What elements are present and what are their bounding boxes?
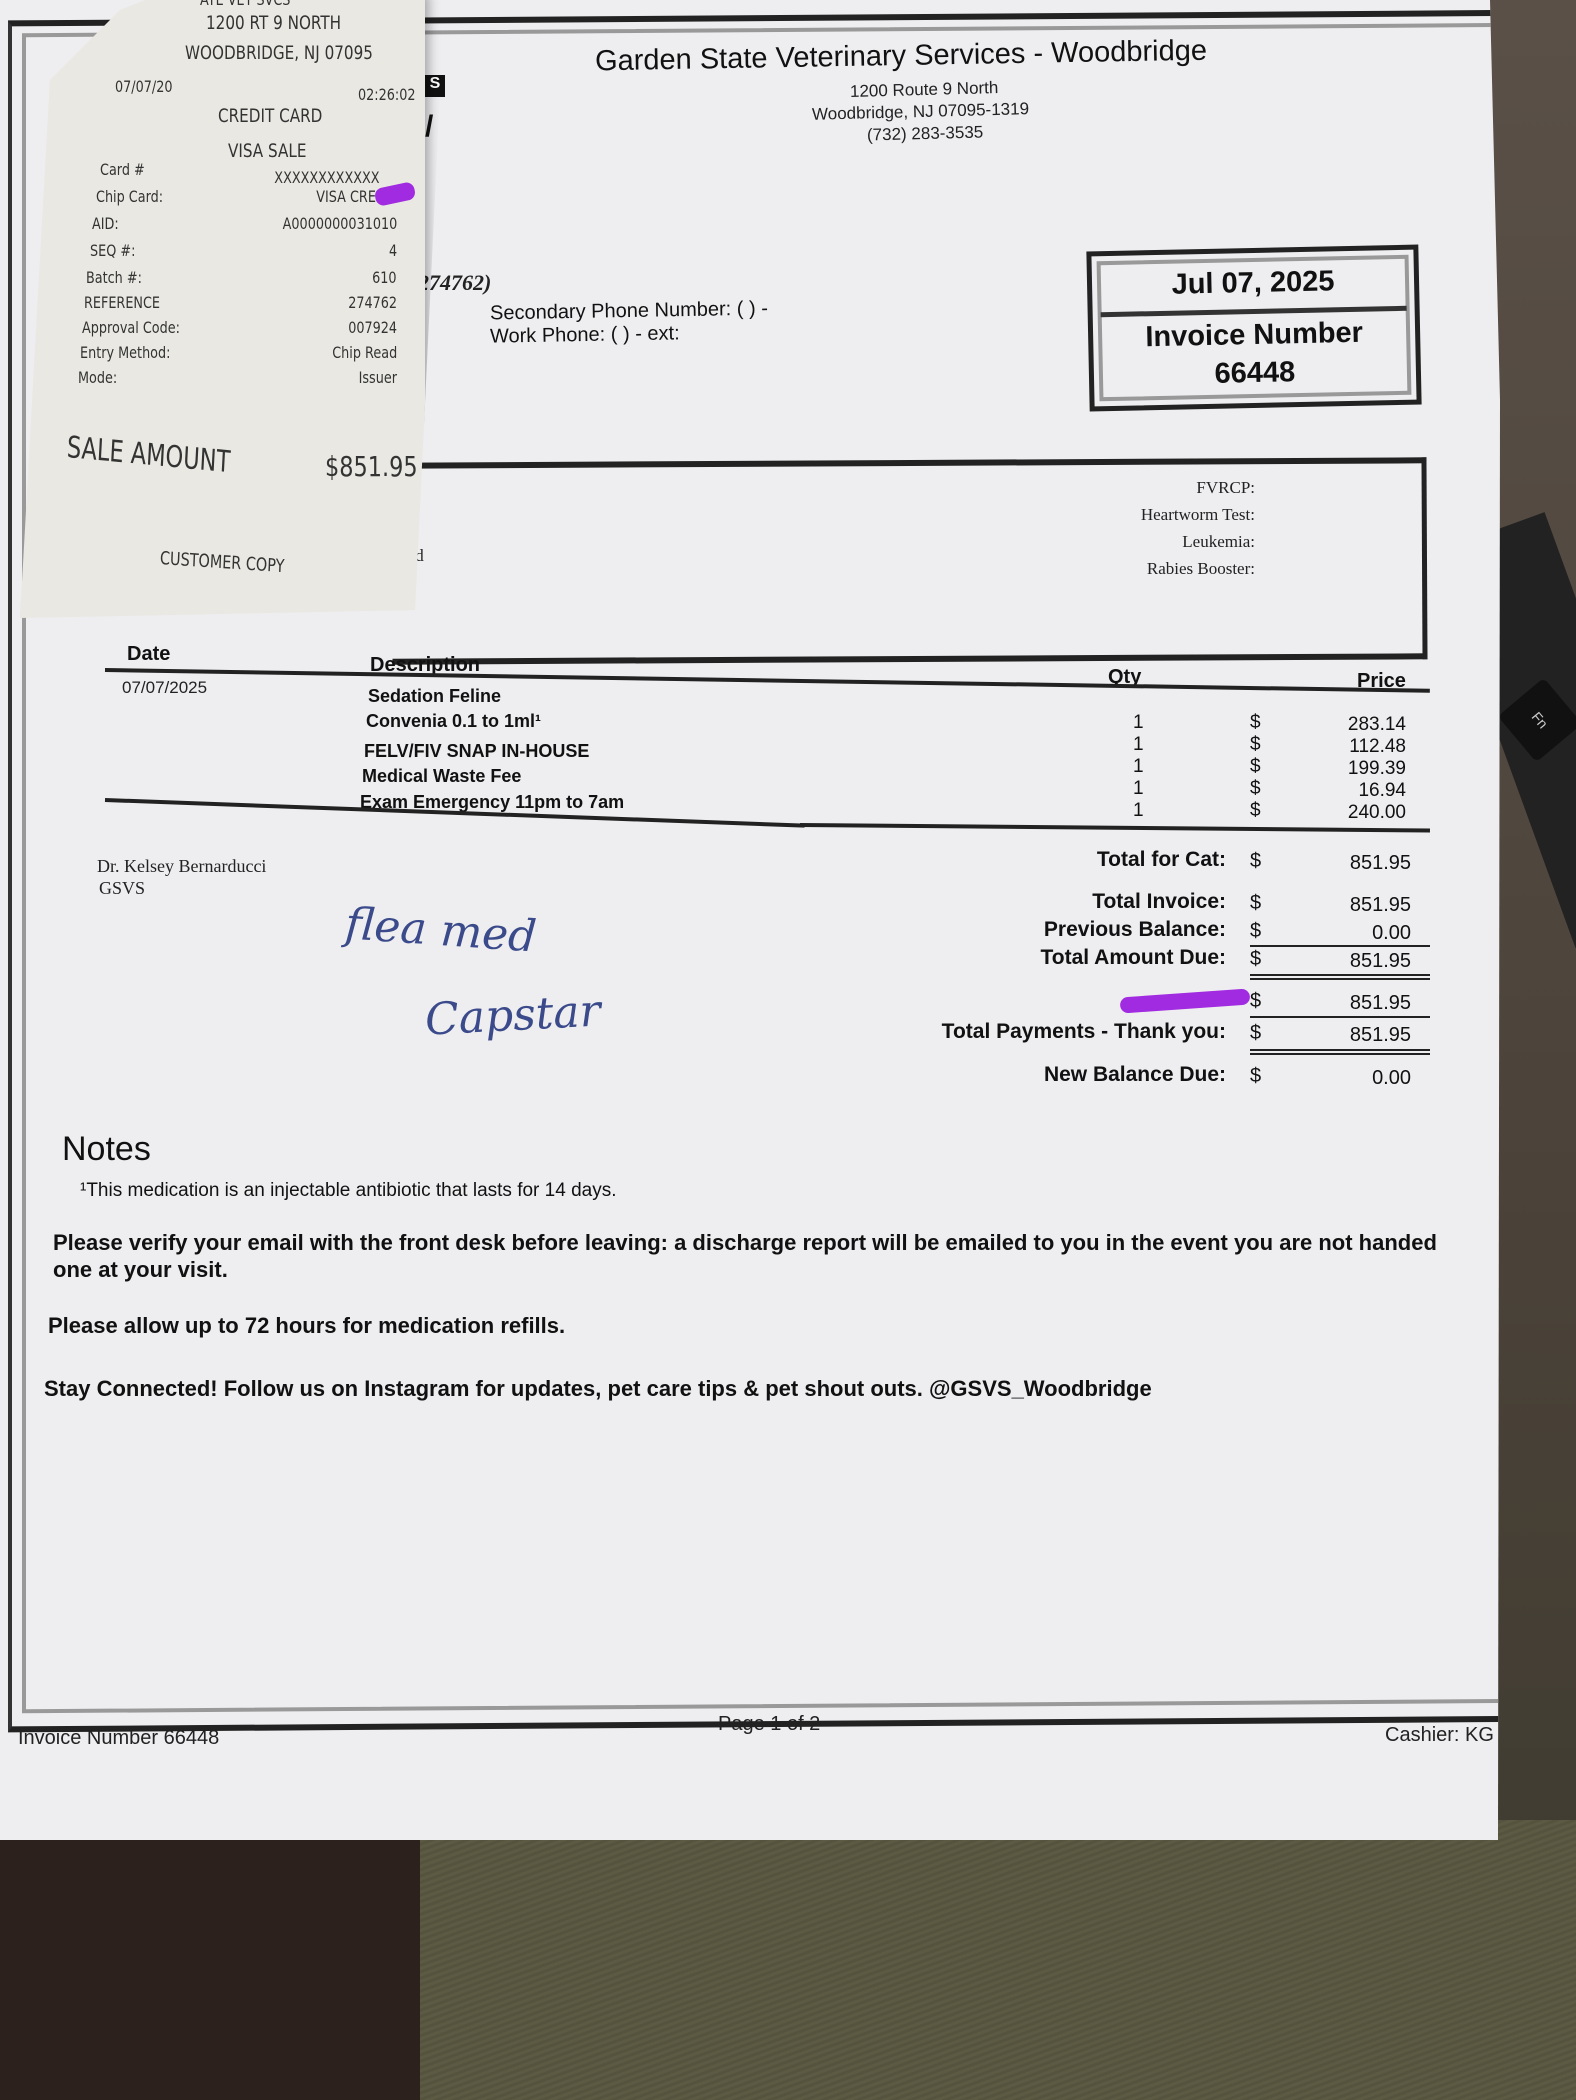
receipt-date: 07/07/20 — [115, 77, 172, 96]
previous-balance-label: Previous Balance: — [1044, 918, 1226, 942]
total-invoice-label: Total Invoice: — [1092, 890, 1226, 914]
payments-rule-2 — [1250, 1053, 1430, 1055]
currency-symbol: $ — [1250, 920, 1261, 943]
receipt-field-label: REFERENCE — [84, 293, 160, 312]
line-item-description: Medical Waste Fee — [362, 766, 521, 787]
receipt-field-value: 610 — [373, 268, 397, 287]
receipt-field-label: Chip Card: — [96, 187, 163, 206]
currency-symbol: $ — [1250, 990, 1261, 1013]
footer-page-number: Page 1 of 2 — [718, 1713, 820, 1736]
receipt-field-value: 4 — [389, 241, 397, 260]
receipt-field-value: Chip Read — [332, 343, 397, 362]
clinic-address-line1: 1200 Route 9 North — [850, 78, 999, 102]
total-rule-1 — [1250, 974, 1430, 976]
line-item-qty: 1 — [1133, 712, 1144, 734]
line-item-currency: $ — [1250, 712, 1261, 734]
line-item-description: Convenia 0.1 to 1ml¹ — [366, 711, 541, 732]
currency-symbol: $ — [1250, 1065, 1261, 1088]
line-item-qty: 1 — [1133, 756, 1144, 778]
new-balance: 0.00 — [1372, 1067, 1411, 1090]
vaccine-reminder-box — [391, 457, 1427, 664]
line-item-price: 240.00 — [1348, 802, 1406, 824]
invoice-date: Jul 07, 2025 — [1092, 264, 1415, 304]
footer-cashier: Cashier: KG — [1385, 1724, 1494, 1747]
total-payments: 851.95 — [1350, 1024, 1411, 1047]
line-item-price: 199.39 — [1348, 758, 1406, 780]
line-item-currency: $ — [1250, 778, 1261, 800]
notes-heading: Notes — [62, 1130, 151, 1169]
receipt-address1: 1200 RT 9 NORTH — [206, 12, 341, 34]
line-item-currency: $ — [1250, 734, 1261, 756]
total-invoice: 851.95 — [1350, 894, 1411, 917]
receipt-field-value: A0000000031010 — [282, 214, 397, 233]
total-due-label: Total Amount Due: — [1041, 946, 1226, 970]
total-rule-2 — [1250, 978, 1430, 980]
line-item-price: 16.94 — [1358, 780, 1406, 802]
receipt-sale-type: VISA SALE — [228, 140, 306, 162]
receipt-address2: WOODBRIDGE, NJ 07095 — [185, 42, 373, 64]
line-item-description: Sedation Feline — [368, 686, 501, 707]
total-due: 851.95 — [1350, 950, 1411, 973]
payments-rule-1 — [1250, 1049, 1430, 1051]
date-box-divider — [1101, 306, 1407, 317]
vaccine-fvrcp: FVRCP: — [1055, 478, 1255, 498]
line-item-price: 112.48 — [1349, 736, 1406, 758]
handwritten-note-2: Capstar — [424, 985, 602, 1045]
receipt-field-value: 274762 — [348, 293, 397, 312]
receipt-sale-amount: $851.95 — [325, 450, 418, 483]
note-item: Please allow up to 72 hours for medicati… — [48, 1313, 1448, 1340]
new-balance-label: New Balance Due: — [1044, 1063, 1226, 1087]
receipt-field-label: Mode: — [78, 368, 117, 387]
note-item: Stay Connected! Follow us on Instagram f… — [44, 1376, 1444, 1403]
total-for-cat: 851.95 — [1350, 852, 1411, 875]
line-item-currency: $ — [1250, 756, 1261, 778]
col-date: Date — [127, 643, 170, 666]
receipt-type: CREDIT CARD — [218, 105, 322, 127]
line-item-price: 283.14 — [1348, 714, 1406, 736]
footer-invoice-number: Invoice Number 66448 — [18, 1727, 219, 1750]
work-phone: Work Phone: ( ) - ext: — [490, 322, 680, 348]
invoice-number-label: Invoice Number — [1093, 316, 1416, 356]
receipt-field-value: 007924 — [348, 318, 397, 337]
total-for-cat-label: Total for Cat: — [1097, 848, 1226, 872]
receipt-merchant-fragment: ATE VET SVCS — [200, 0, 290, 9]
secondary-phone: Secondary Phone Number: ( ) - — [490, 298, 768, 326]
dark-background — [0, 1830, 420, 2100]
invoice-number: 66448 — [1094, 354, 1417, 394]
client-phone-fragment: 274762) — [418, 270, 491, 296]
currency-symbol: $ — [1250, 892, 1261, 915]
receipt-field-label: AID: — [92, 214, 119, 233]
receipt-field-label: Entry Method: — [80, 343, 170, 362]
receipt-field-label: SEQ #: — [90, 241, 135, 260]
notes-footnote: ¹This medication is an injectable antibi… — [80, 1180, 617, 1202]
payment-rule — [1250, 1016, 1430, 1018]
total-payments-label: Total Payments - Thank you: — [942, 1020, 1226, 1044]
clinic-logo-fragment: S — [425, 75, 445, 97]
previous-balance: 0.00 — [1372, 922, 1411, 945]
receipt-sale-amount-label: SALE AMOUNT — [66, 430, 231, 480]
line-item-qty: 1 — [1133, 734, 1144, 756]
vaccine-leukemia: Leukemia: — [1055, 532, 1255, 552]
line-item-date: 07/07/2025 — [122, 678, 207, 698]
currency-symbol: $ — [1250, 948, 1261, 971]
receipt-field-value: XXXXXXXXXXXX — [275, 168, 380, 187]
receipt-field-label: Approval Code: — [82, 318, 180, 337]
credit-card-receipt: ATE VET SVCS 1200 RT 9 NORTH WOODBRIDGE,… — [20, 0, 425, 630]
currency-symbol: $ — [1250, 1022, 1261, 1045]
subtotal-rule — [1250, 945, 1430, 947]
receipt-field-label: Card # — [100, 160, 145, 179]
line-item-qty: 1 — [1133, 800, 1144, 822]
clinic-abbrev: GSVS — [99, 878, 145, 899]
doctor-name: Dr. Kelsey Bernarducci — [97, 856, 266, 877]
line-item-qty: 1 — [1133, 778, 1144, 800]
vaccine-rabies: Rabies Booster: — [1055, 559, 1255, 579]
invoice-date-box: Jul 07, 2025 Invoice Number 66448 — [1086, 245, 1421, 412]
clinic-phone: (732) 283-3535 — [867, 122, 984, 145]
line-item-description: FELV/FIV SNAP IN-HOUSE — [364, 741, 589, 762]
receipt-field-label: Batch #: — [86, 268, 142, 287]
note-item: Please verify your email with the front … — [53, 1230, 1453, 1284]
line-item-currency: $ — [1250, 800, 1261, 822]
clinic-logo-mark: / — [425, 110, 433, 144]
vaccine-heartworm: Heartworm Test: — [1055, 505, 1255, 525]
receipt-field-value: Issuer — [359, 368, 397, 387]
currency-symbol: $ — [1250, 850, 1261, 873]
receipt-time: 02:26:02 — [358, 85, 415, 104]
receipt-customer-copy: CUSTOMER COPY — [160, 548, 285, 577]
payment-amount: 851.95 — [1350, 992, 1411, 1015]
